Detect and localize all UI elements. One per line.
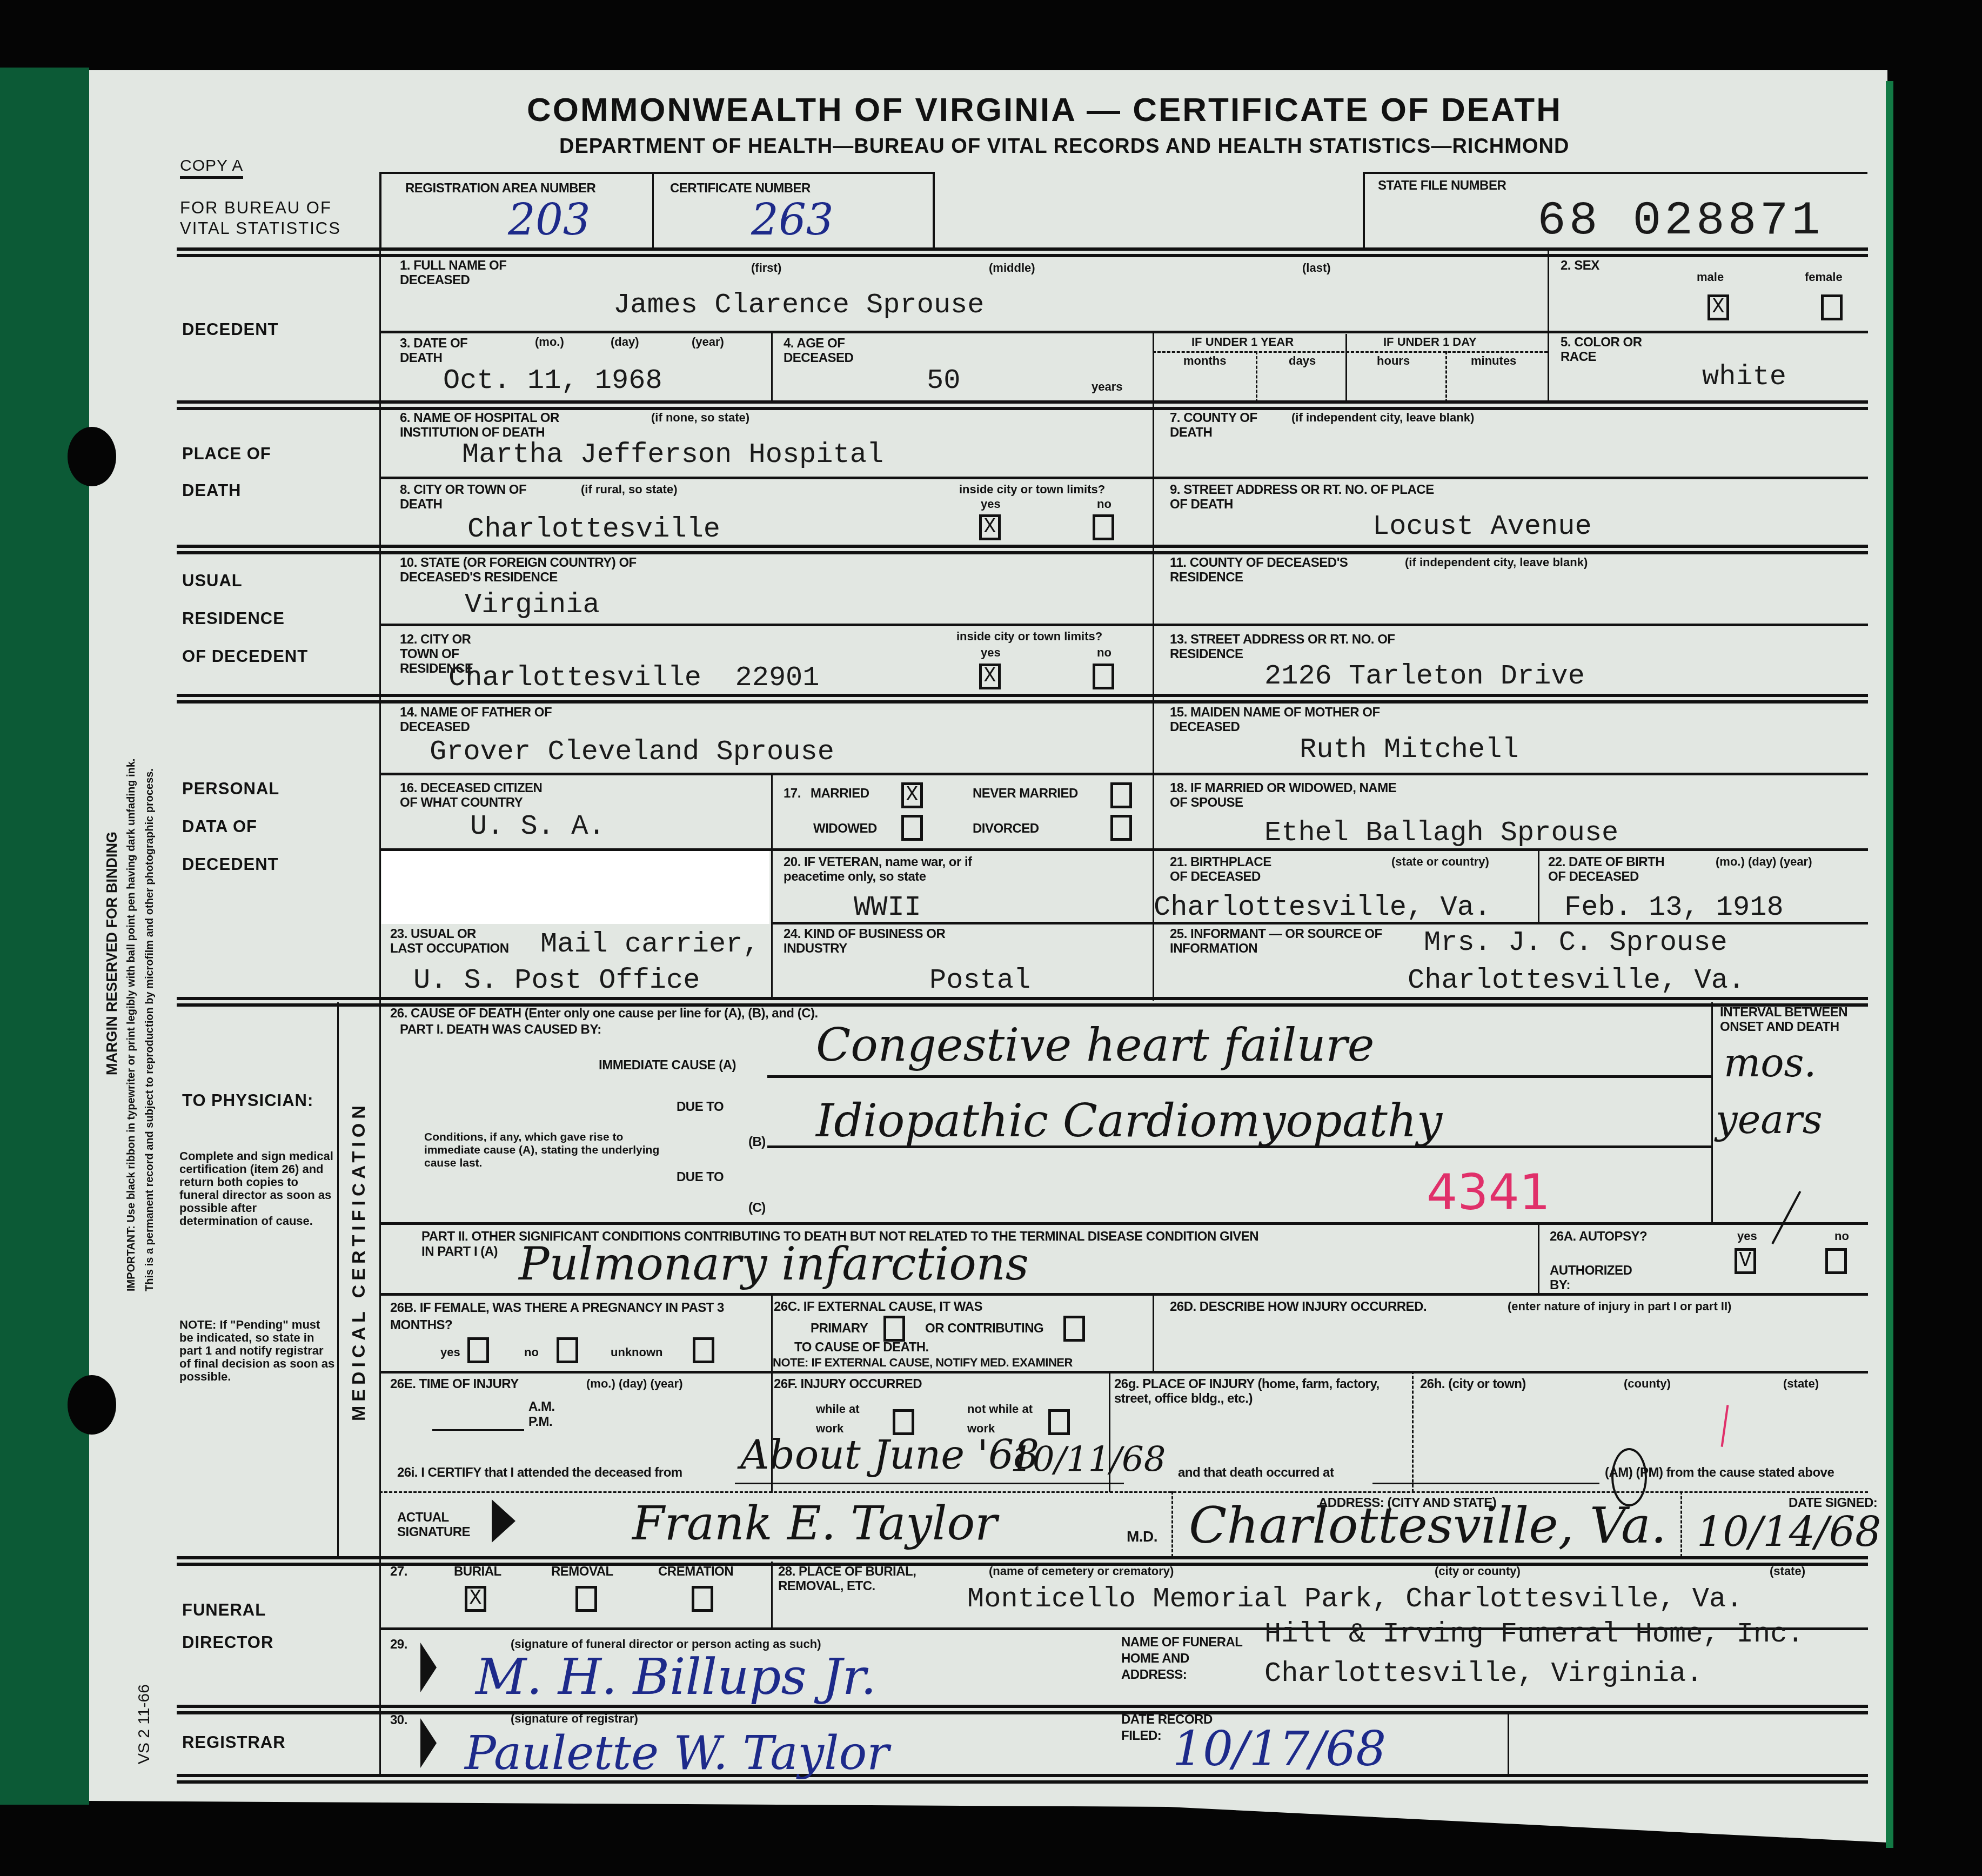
f8-hint: (if rural, so state) (581, 483, 677, 497)
f26b-label: 26b. IF FEMALE, WAS THERE A PREGNANCY IN… (390, 1299, 758, 1334)
f26-interval-a[interactable]: mos. (1724, 1040, 1816, 1086)
f13-label: 13. STREET ADDRESS OR RT. NO. OF RESIDEN… (1170, 632, 1402, 661)
section-death: DEATH (182, 472, 241, 510)
registration-area-value: 203 (508, 195, 591, 245)
f26i-from-line (735, 1483, 1124, 1484)
f27-cremation-label: CREMATION (658, 1564, 733, 1579)
f26i-to-value[interactable]: 10/11/68 (1010, 1440, 1166, 1480)
rule (177, 400, 1868, 410)
f3-year-hint: (year) (692, 335, 724, 349)
f2-female-label: female (1805, 270, 1843, 284)
section-personal: PERSONAL (182, 770, 279, 808)
f17-married-label: MARRIED (811, 786, 869, 801)
f11-hint: (if independent city, leave blank) (1405, 555, 1588, 569)
section-decedent: DECEDENT (182, 311, 279, 349)
f26e-time-line (432, 1429, 524, 1431)
f26-b-label: (B) (748, 1135, 766, 1149)
pending-note: NOTE: If "Pending" must be indicated, so… (179, 1318, 336, 1383)
f26c-note: NOTE: IF EXTERNAL CAUSE, NOTIFY MED. EXA… (773, 1355, 1073, 1370)
form-number: VS 2 11-66 (135, 1684, 153, 1764)
certificate-subtitle: DEPARTMENT OF HEALTH—BUREAU OF VITAL REC… (559, 135, 1569, 158)
rule (177, 545, 1868, 554)
f17-label: 17. (784, 786, 801, 801)
column-divider (1345, 334, 1347, 401)
f26-label: 26. CAUSE OF DEATH (Enter only one cause… (390, 1006, 818, 1021)
f26c-contributing-checkbox[interactable] (1063, 1316, 1085, 1342)
f26b-no-checkbox[interactable] (557, 1337, 578, 1363)
column-divider (771, 1562, 773, 1629)
f27-cremation-checkbox[interactable] (692, 1586, 713, 1612)
column-divider (771, 773, 773, 1000)
f27-burial-checkbox[interactable]: X (465, 1586, 486, 1612)
f13-street[interactable]: 2126 Tarleton Drive (1264, 660, 1585, 692)
f1-last-hint: (last) (1302, 261, 1331, 275)
f3-label: 3. DATE OF DEATH (400, 336, 481, 365)
f26-part1-label: PART I. DEATH WAS CAUSED BY: (400, 1022, 601, 1037)
f26-due-to-b: DUE TO (677, 1100, 724, 1114)
margin-instruction-line2: This is a permanent record and subject t… (144, 768, 156, 1291)
f4-unit: years (1092, 380, 1123, 394)
cause-a-line (767, 1075, 1711, 1078)
column-divider-dashed (1680, 1491, 1682, 1557)
f22-hint: (mo.) (day) (year) (1716, 855, 1812, 869)
f8-no-label: no (1097, 497, 1111, 511)
under-day-hours: hours (1377, 354, 1410, 368)
f28-cemetery-hint: (name of cemetery or crematory) (989, 1564, 1174, 1578)
f26i-physician-signature[interactable]: Frank E. Taylor (632, 1497, 997, 1551)
f26i-actual-signature-label: ACTUAL SIGNATURE (397, 1510, 462, 1539)
column-divider (771, 331, 773, 404)
f26b-yes-label: yes (440, 1345, 460, 1359)
f21-hint: (state or country) (1391, 855, 1489, 869)
f26-c-label: (C) (748, 1201, 766, 1215)
column-divider (1508, 1712, 1509, 1775)
f26-part2-value[interactable]: Pulmonary infarctions (519, 1237, 1029, 1290)
f14-label: 14. NAME OF FATHER OF DECEASED (400, 705, 562, 734)
f2-male-label: male (1697, 270, 1724, 284)
f26a-no-checkbox[interactable] (1825, 1248, 1847, 1274)
f15-mother[interactable]: Ruth Mitchell (1300, 734, 1519, 766)
f25-label: 25. INFORMANT — OR SOURCE OF INFORMATION (1170, 927, 1386, 956)
f20-label: 20. IF VETERAN, name war, or if peacetim… (784, 855, 1000, 884)
green-binding-band (0, 68, 89, 1805)
rule (177, 997, 1868, 1007)
f29-label: 29. (390, 1637, 407, 1652)
f24-label: 24. KIND OF BUSINESS OR INDUSTRY (784, 927, 946, 956)
column-divider (1548, 249, 1549, 403)
signature-arrow-icon (420, 1718, 437, 1768)
column-divider-dashed (1256, 351, 1257, 403)
f26a-no-label: no (1834, 1229, 1849, 1243)
f12-yes-label: yes (981, 646, 1001, 660)
f8-label: 8. CITY OR TOWN OF DEATH (400, 483, 540, 512)
section-of-decedent: OF DECEDENT (182, 638, 308, 675)
f26c-primary-label: PRIMARY (811, 1321, 868, 1336)
f6-label: 6. NAME OF HOSPITAL OR INSTITUTION OF DE… (400, 411, 616, 440)
f26-due-to-c: DUE TO (677, 1170, 724, 1184)
f9-street[interactable]: Locust Avenue (1372, 511, 1592, 542)
under-day-minutes: minutes (1471, 354, 1516, 368)
f10-state[interactable]: Virginia (465, 589, 600, 621)
f30-hint: (signature of registrar) (511, 1712, 638, 1726)
f2-male-checkbox[interactable]: X (1708, 294, 1729, 320)
column-divider-dashed (1445, 351, 1447, 403)
rule (379, 1371, 1868, 1373)
f26i-label: 26i. I CERTIFY that I attended the decea… (397, 1465, 682, 1480)
certificate-number-label: CERTIFICATE NUMBER (670, 181, 811, 196)
redacted-field-19 (381, 851, 769, 924)
section-residence: RESIDENCE (182, 600, 285, 638)
f4-age[interactable]: 50 (927, 365, 960, 397)
column-divider (379, 247, 381, 1777)
f24-business[interactable]: Postal (929, 964, 1030, 996)
f17-widowed-label: WIDOWED (813, 821, 877, 836)
section-decedent-2: DECEDENT (182, 846, 279, 883)
f21-birthplace[interactable]: Charlottesville, Va. (1154, 892, 1491, 923)
column-divider (1153, 1293, 1154, 1371)
f30-date-filed[interactable]: 10/17/68 (1173, 1721, 1386, 1777)
margin-reserved-title: MARGIN RESERVED FOR BINDING (104, 832, 120, 1075)
f5-label: 5. COLOR OR RACE (1561, 335, 1669, 364)
f8-inside-limits: inside city or town limits? (959, 483, 1105, 497)
f27-label: 27. (390, 1564, 407, 1579)
f14-father[interactable]: Grover Cleveland Sprouse (430, 736, 834, 768)
f26i-death-at-label: and that death occurred at (1178, 1465, 1334, 1480)
f26b-yes-checkbox[interactable] (467, 1337, 489, 1363)
rule (379, 773, 1868, 775)
f28-city-hint: (city or county) (1435, 1564, 1521, 1578)
f18-label: 18. IF MARRIED OR WIDOWED, NAME OF SPOUS… (1170, 781, 1397, 810)
f8-no-checkbox[interactable] (1093, 514, 1114, 540)
f26b-unknown-checkbox[interactable] (693, 1337, 714, 1363)
f26g-label: 26g. PLACE OF INJURY (home, farm, factor… (1114, 1377, 1406, 1406)
column-divider-dashed (1412, 1371, 1414, 1492)
f26c-contributing-label: or CONTRIBUTING (925, 1321, 1043, 1336)
f26c-label: 26c. IF EXTERNAL CAUSE, IT WAS (774, 1299, 982, 1314)
f26-cause-code: 4341 (1427, 1164, 1550, 1221)
f26-cause-b[interactable]: Idiopathic Cardiomyopathy (816, 1094, 1442, 1147)
f22-label: 22. DATE OF BIRTH OF DECEASED (1548, 855, 1678, 884)
signature-arrow-icon (492, 1499, 515, 1543)
f17-widowed-checkbox[interactable] (901, 815, 923, 841)
f26e-label: 26e. TIME OF INJURY (390, 1377, 519, 1391)
f2-female-checkbox[interactable] (1821, 294, 1843, 320)
f30-registrar-signature[interactable]: Paulette W. Taylor (465, 1726, 889, 1780)
f7-hint: (if independent city, leave blank) (1291, 411, 1474, 425)
f26c-to-cause: TO CAUSE OF DEATH. (794, 1340, 929, 1355)
f12-no-label: no (1097, 646, 1111, 660)
f1-label: 1. FULL NAME OF DECEASED (400, 258, 535, 287)
rule (177, 1705, 1868, 1714)
under-day-label: IF UNDER 1 DAY (1383, 335, 1477, 349)
rule (379, 624, 1868, 626)
section-registrar: REGISTRAR (182, 1724, 286, 1761)
copy-label: COPY A (180, 157, 243, 179)
registration-area-label: REGISTRATION AREA NUMBER (405, 181, 595, 196)
f27-removal-label: REMOVAL (551, 1564, 613, 1579)
f26f-not-while-checkbox[interactable] (1048, 1409, 1070, 1435)
f25-informant-address[interactable]: Charlottesville, Va. (1408, 964, 1745, 996)
f6-hospital[interactable]: Martha Jefferson Hospital (462, 439, 883, 471)
f3-day-hint: (day) (611, 335, 639, 349)
f29-home-label: NAME OF FUNERAL HOME AND ADDRESS: (1121, 1634, 1251, 1683)
f23-occupation[interactable]: Mail carrier, (540, 928, 760, 960)
certificate-paper-bottom-edge (89, 1783, 1887, 1842)
for-bureau-line: FOR BUREAU OF (180, 198, 341, 218)
f28-state-hint: (state) (1770, 1564, 1805, 1578)
green-right-edge (1886, 81, 1893, 1848)
section-data-of: DATA OF (182, 808, 257, 846)
f10-label: 10. STATE (OR FOREIGN COUNTRY) OF DECEAS… (400, 555, 702, 585)
f26b-unknown-label: unknown (611, 1345, 663, 1359)
f1-first-hint: (first) (751, 261, 781, 275)
f6-hint: (if none, so state) (651, 411, 749, 425)
vital-statistics-line: VITAL STATISTICS (180, 218, 341, 239)
f15-label: 15. MAIDEN NAME OF MOTHER OF DECEASED (1170, 705, 1397, 734)
f23-label: 23. USUAL OR LAST OCCUPATION (390, 927, 509, 956)
f26i-md-label: M.D. (1127, 1529, 1157, 1544)
f26a-autopsy-label: 26a. AUTOPSY? (1550, 1229, 1647, 1244)
rule (177, 1774, 1868, 1784)
f29-funeral-home[interactable]: Hill & Irving Funeral Home, Inc. (1264, 1618, 1804, 1650)
f11-label: 11. COUNTY OF DECEASED'S RESIDENCE (1170, 555, 1397, 585)
f1-full-name[interactable]: James Clarence Sprouse (613, 289, 985, 321)
f1-middle-hint: (middle) (989, 261, 1035, 275)
f8-yes-checkbox[interactable]: X (979, 514, 1001, 540)
f26h-label: 26h. (city or town) (1420, 1377, 1526, 1391)
f7-label: 7. COUNTY OF DEATH (1170, 411, 1273, 440)
f28-label: 28. PLACE OF BURIAL, REMOVAL, ETC. (778, 1564, 919, 1593)
f27-burial-label: BURIAL (454, 1564, 501, 1579)
f4-label: 4. AGE OF DECEASED (784, 336, 892, 365)
f26a-yes-checkbox[interactable]: V (1735, 1248, 1756, 1274)
divider (652, 172, 654, 249)
f20-veteran[interactable]: WWII (854, 892, 921, 923)
f21-label: 21. BIRTHPLACE OF DECEASED (1170, 855, 1289, 884)
under-year-days: days (1289, 354, 1316, 368)
f16-citizen[interactable]: U. S. A. (470, 810, 605, 842)
f26e-am: A.M. (528, 1399, 555, 1414)
f26d-hint: (enter nature of injury in part I or par… (1508, 1299, 1731, 1314)
f26i-from-value[interactable]: About June '68 (740, 1432, 1039, 1478)
medical-column-divider (337, 1002, 339, 1559)
under-year-label: IF UNDER 1 YEAR (1191, 335, 1294, 349)
rule (379, 331, 1868, 333)
f26-interval-b[interactable]: years (1716, 1097, 1823, 1142)
state-file-label: STATE FILE NUMBER (1378, 178, 1506, 193)
signature-arrow-icon (420, 1643, 437, 1692)
rule (177, 247, 1868, 257)
f12-no-checkbox[interactable] (1093, 664, 1114, 689)
f29-funeral-home-address[interactable]: Charlottesville, Virginia. (1264, 1658, 1703, 1690)
f18-spouse[interactable]: Ethel Ballagh Sprouse (1264, 817, 1618, 849)
f12-city[interactable]: Charlottesville 22901 (448, 662, 820, 694)
f17-married-checkbox[interactable]: X (901, 782, 923, 808)
f26-immediate-label: IMMEDIATE CAUSE (A) (599, 1058, 736, 1073)
f26e-hint: (mo.) (day) (year) (586, 1377, 682, 1391)
f16-label: 16. DECEASED CITIZEN OF WHAT COUNTRY (400, 781, 562, 810)
f5-race[interactable]: white (1702, 361, 1786, 393)
rule (177, 694, 1868, 703)
f26b-no-label: no (524, 1345, 539, 1359)
f3-mo-hint: (mo.) (535, 335, 564, 349)
rule-dashed (1153, 351, 1548, 353)
state-file-value: 68 028871 (1537, 195, 1823, 248)
f22-birth-date[interactable]: Feb. 13, 1918 (1564, 892, 1784, 923)
f26-conditions-note: Conditions, if any, which gave rise to i… (424, 1131, 673, 1170)
f25-informant[interactable]: Mrs. J. C. Sprouse (1424, 927, 1727, 959)
f17-divorced-checkbox[interactable] (1110, 815, 1132, 841)
f9-label: 9. STREET ADDRESS OR RT. NO. OF PLACE OF… (1170, 483, 1440, 512)
f26i-address-value[interactable]: Charlottesville, Va. (1189, 1497, 1666, 1555)
f26h-state-hint: (state) (1783, 1377, 1819, 1391)
f30-label: 30. (390, 1713, 407, 1727)
f26h-county-hint: (county) (1624, 1377, 1671, 1391)
section-place-of: PLACE OF (182, 435, 271, 473)
certificate-title: COMMONWEALTH OF VIRGINIA — CERTIFICATE O… (527, 91, 1562, 129)
f23-employer[interactable]: U. S. Post Office (413, 964, 700, 996)
f17-divorced-label: DIVORCED (973, 821, 1039, 836)
f17-never-married-checkbox[interactable] (1110, 782, 1132, 808)
f8-city[interactable]: Charlottesville (467, 513, 720, 545)
f2-label: 2. SEX (1561, 258, 1599, 273)
for-bureau-label: FOR BUREAU OF VITAL STATISTICS (180, 198, 341, 239)
rule (379, 1222, 1868, 1225)
f29-funeral-director-signature[interactable]: M. H. Billups Jr. (476, 1648, 876, 1706)
rule (379, 1293, 1868, 1296)
f26f-while-checkbox[interactable] (893, 1409, 914, 1435)
f26f-label: 26f. INJURY OCCURRED (774, 1377, 922, 1391)
binding-hole-bottom (68, 1375, 116, 1435)
f26-cause-a[interactable]: Congestive heart failure (816, 1019, 1374, 1071)
section-usual: USUAL (182, 562, 243, 600)
f27-removal-checkbox[interactable] (575, 1586, 597, 1612)
f12-inside-limits: inside city or town limits? (956, 629, 1102, 644)
physician-instructions: Complete and sign medical certification … (179, 1150, 336, 1228)
f26a-yes-label: yes (1737, 1229, 1757, 1243)
f26i-time-line (1372, 1483, 1599, 1484)
medical-certification-label: MEDICAL CERTIFICATION (349, 1101, 370, 1421)
f17-never-married-label: NEVER MARRIED (973, 786, 1078, 801)
f26i-date-signed[interactable]: 10/14/68 (1697, 1507, 1881, 1556)
under-year-months: months (1183, 354, 1226, 368)
column-divider (1711, 1002, 1713, 1224)
column-divider-dashed (1171, 1491, 1173, 1557)
f28-place-of-burial[interactable]: Monticello Memorial Park, Charlottesvill… (967, 1583, 1743, 1615)
f3-date-of-death[interactable]: Oct. 11, 1968 (443, 365, 662, 397)
f26-interval-label: INTERVAL BETWEEN ONSET AND DEATH (1720, 1005, 1866, 1034)
column-divider (1538, 1222, 1539, 1294)
rule (379, 477, 1868, 479)
column-divider (1538, 848, 1539, 924)
f26e-pm: P.M. (528, 1415, 552, 1429)
f26c-primary-checkbox[interactable] (883, 1316, 905, 1342)
section-director: DIRECTOR (182, 1624, 273, 1661)
f26a-authorized-label: AUTHORIZED BY: (1550, 1263, 1647, 1292)
binding-hole-top (68, 427, 116, 486)
f12-yes-checkbox[interactable]: X (979, 664, 1001, 689)
section-to-physician: TO PHYSICIAN: (182, 1091, 323, 1110)
margin-instruction-line1: IMPORTANT: Use black ribbon in typewrite… (125, 759, 138, 1291)
f8-yes-label: yes (981, 497, 1001, 511)
certificate-number-value: 263 (751, 195, 834, 245)
f26d-label: 26d. DESCRIBE HOW INJURY OCCURRED. (1170, 1299, 1427, 1314)
